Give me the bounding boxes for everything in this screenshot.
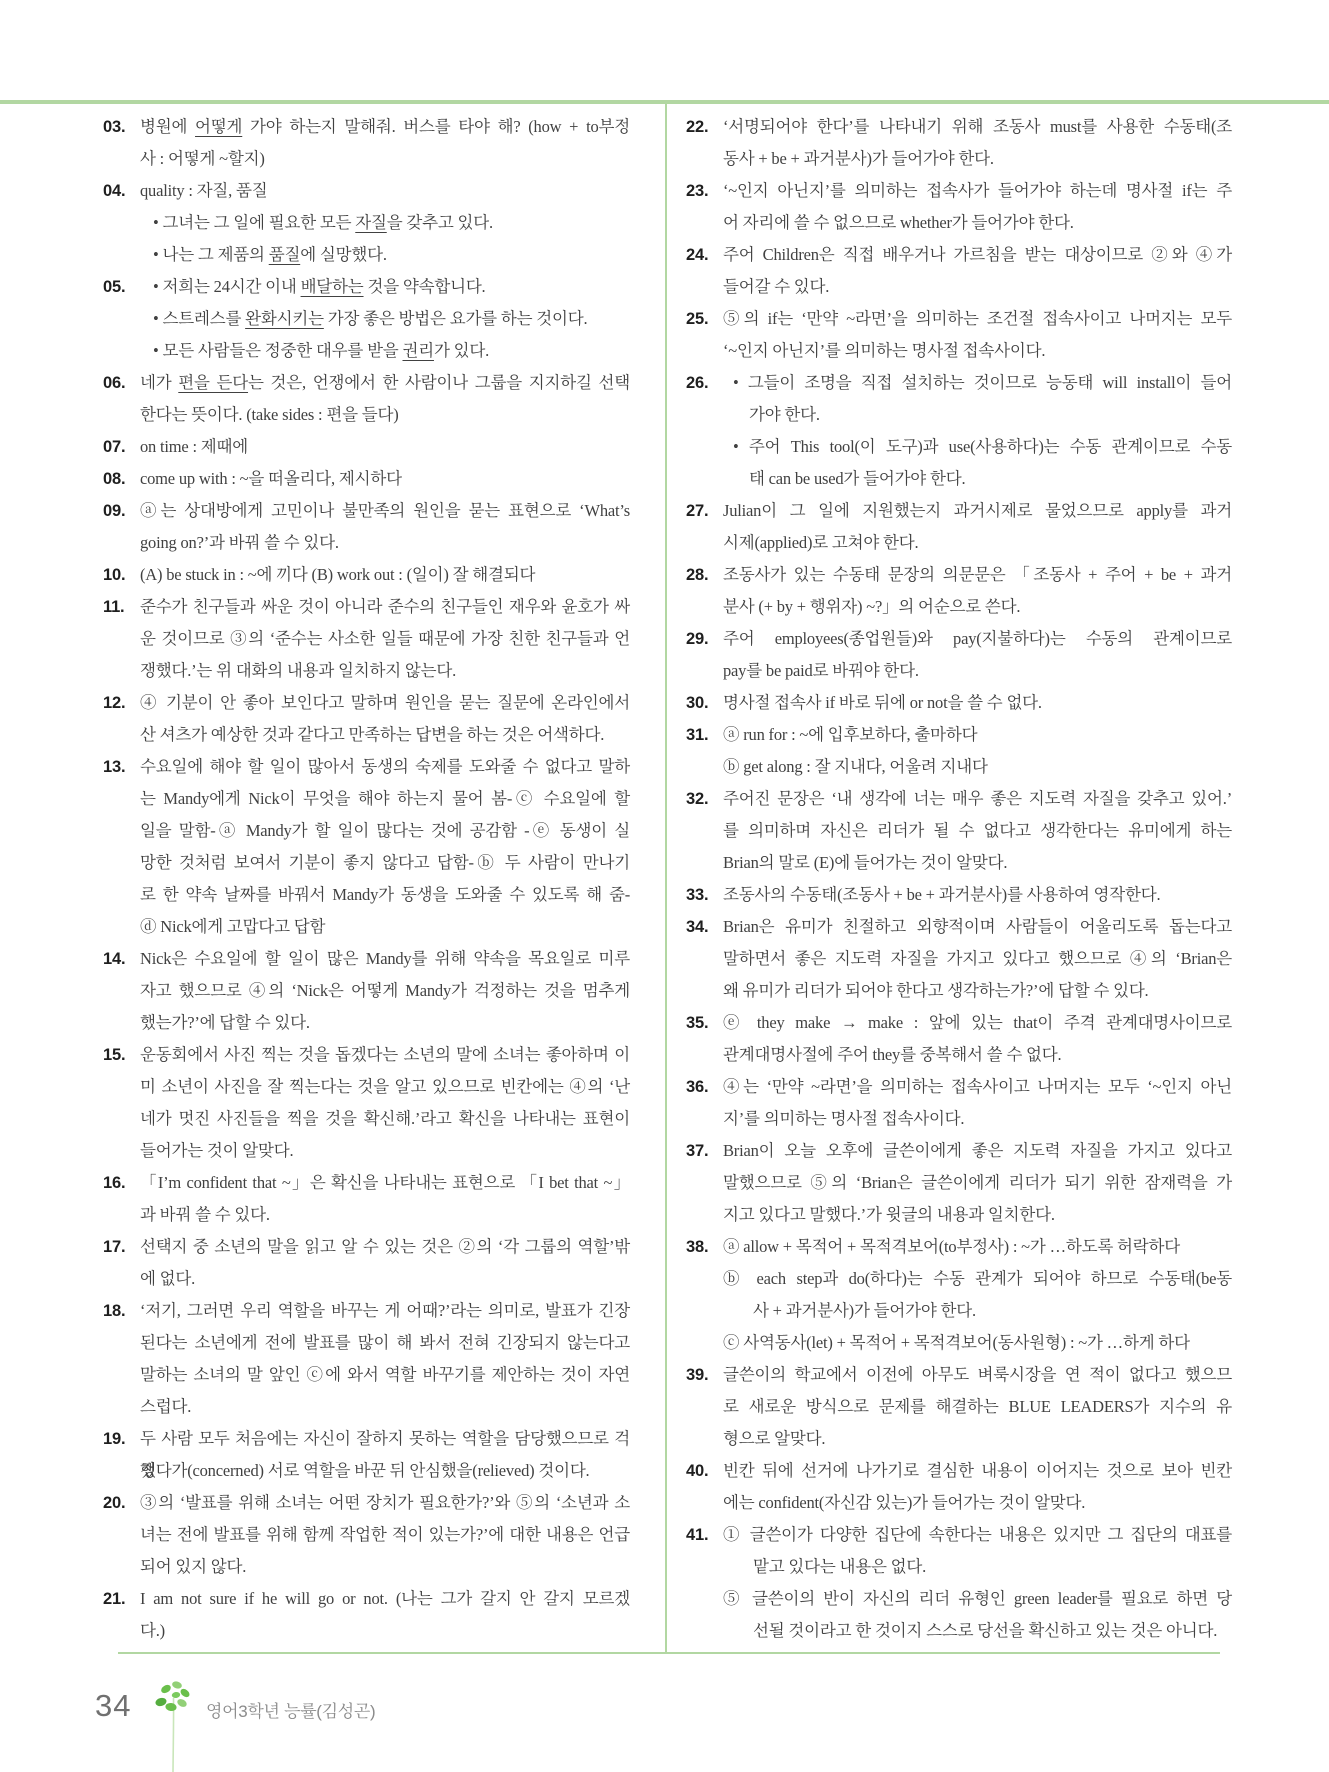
explanation-line: 주어 employees(종업원들)와 pay(지불하다)는 수동의 관계이므로 xyxy=(723,623,1232,655)
answer-item: 36.④는 ‘만약 ~라면’을 의미하는 접속사이고 나머지는 모두 ‘~인지 … xyxy=(686,1071,1232,1135)
explanation-line: 왜 유미가 리더가 되어야 한다고 생각하는가?’에 답할 수 있다. xyxy=(723,975,1232,1007)
explanation-line: 미 소년이 사진을 잘 찍는다는 것을 알고 있으므로 빈칸에는 ④의 ‘난 xyxy=(140,1071,630,1103)
explanation-line: • 스트레스를 완화시키는 가장 좋은 방법은 요가를 하는 것이다. xyxy=(140,303,630,335)
item-number: 40. xyxy=(686,1455,708,1487)
explanation-line: 망한 것처럼 보여서 기분이 좋지 않다고 답함-ⓑ 두 사람이 만나기 xyxy=(140,847,630,879)
answer-item: 27.Julian이 그 일에 지원했는지 과거시제로 물었으므로 apply를… xyxy=(686,495,1232,559)
explanation-line: 선택지 중 소년의 말을 읽고 알 수 있는 것은 ②의 ‘각 그룹의 역할’밖 xyxy=(140,1231,630,1263)
answer-item: 24.주어 Children은 직접 배우거나 가르침을 받는 대상이므로 ②와… xyxy=(686,239,1232,303)
explanation-line: 「I’m confident that ~」은 확신을 나타내는 표현으로 「I… xyxy=(140,1167,630,1199)
item-number: 18. xyxy=(103,1295,125,1327)
explanation-line: ⓑ each step과 do(하다)는 수동 관계가 되어야 하므로 수동태(… xyxy=(723,1263,1232,1295)
explanation-line: 를 의미하며 자신은 리더가 될 수 없다고 생각한다는 유미에게 하는 xyxy=(723,815,1232,847)
page-number: 34 xyxy=(95,1688,131,1724)
explanation-line: 태 can be used가 들어가야 한다. xyxy=(723,463,1232,495)
explanation-line: 말했으므로 ⑤의 ‘Brian은 글쓴이에게 리더가 되기 위한 잠재력을 가 xyxy=(723,1167,1232,1199)
explanation-line: Brian은 유미가 친절하고 외향적이며 사람들이 어울리도록 돕는다고 xyxy=(723,911,1232,943)
explanation-line: come up with : ~을 떠올리다, 제시하다 xyxy=(140,463,630,495)
explanation-line: ③의 ‘발표를 위해 소녀는 어떤 장치가 필요한가?’와 ⑤의 ‘소년과 소 xyxy=(140,1487,630,1519)
answer-item: 37.Brian이 오늘 오후에 글쓴이에게 좋은 지도력 자질을 가지고 있다… xyxy=(686,1135,1232,1231)
answer-item: 26.• 그들이 조명을 직접 설치하는 것이므로 능동태 will insta… xyxy=(686,367,1232,495)
explanation-line: ① 글쓴이가 다양한 집단에 속한다는 내용은 있지만 그 집단의 대표를 xyxy=(723,1519,1232,1551)
answer-item: 14.Nick은 수요일에 할 일이 많은 Mandy를 위해 약속을 목요일로… xyxy=(103,943,630,1039)
explanation-line: 맡고 있다는 내용은 없다. xyxy=(723,1551,1232,1583)
item-number: 14. xyxy=(103,943,125,975)
explanation-line: 선될 것이라고 한 것이지 스스로 당선을 확신하고 있는 것은 아니다. xyxy=(723,1615,1232,1647)
explanation-line: 운 것이므로 ③의 ‘준수는 사소한 일들 때문에 가장 친한 친구들과 언 xyxy=(140,623,630,655)
explanation-line: on time : 제때에 xyxy=(140,431,630,463)
explanation-line: Brian의 말로 (E)에 들어가는 것이 알맞다. xyxy=(723,847,1232,879)
explanation-line: • 저희는 24시간 이내 배달하는 것을 약속합니다. xyxy=(140,271,630,303)
answer-item: 21.I am not sure if he will go or not. (… xyxy=(103,1583,630,1647)
explanation-line: 자고 했으므로 ④의 ‘Nick은 어떻게 Mandy가 걱정하는 것을 멈추게 xyxy=(140,975,630,1007)
explanation-line: • 나는 그 제품의 품질에 실망했다. xyxy=(140,239,630,271)
answer-column-right: 22.‘서명되어야 한다’를 나타내기 위해 조동사 must를 사용한 수동태… xyxy=(686,111,1232,1647)
item-number: 23. xyxy=(686,175,708,207)
item-number: 30. xyxy=(686,687,708,719)
answer-item: 17.선택지 중 소년의 말을 읽고 알 수 있는 것은 ②의 ‘각 그룹의 역… xyxy=(103,1231,630,1295)
answer-item: 30.명사절 접속사 if 바로 뒤에 or not을 쓸 수 없다. xyxy=(686,687,1232,719)
item-number: 15. xyxy=(103,1039,125,1071)
item-number: 31. xyxy=(686,719,708,751)
answer-item: 23.‘~인지 아닌지’를 의미하는 접속사가 들어가야 하는데 명사절 if는… xyxy=(686,175,1232,239)
answer-item: 22.‘서명되어야 한다’를 나타내기 위해 조동사 must를 사용한 수동태… xyxy=(686,111,1232,175)
plant-sprout-icon xyxy=(152,1680,196,1772)
explanation-line: 에 없다. xyxy=(140,1263,630,1295)
bottom-accent-rule xyxy=(118,1652,1220,1654)
item-number: 38. xyxy=(686,1231,708,1263)
explanation-line: ‘~인지 아닌지’를 의미하는 명사절 접속사이다. xyxy=(723,335,1232,367)
answer-item: 32.주어진 문장은 ‘내 생각에 너는 매우 좋은 지도력 자질을 갖추고 있… xyxy=(686,783,1232,879)
item-number: 21. xyxy=(103,1583,125,1615)
item-number: 29. xyxy=(686,623,708,655)
item-number: 20. xyxy=(103,1487,125,1519)
explanation-line: pay를 be paid로 바꿔야 한다. xyxy=(723,655,1232,687)
item-number: 17. xyxy=(103,1231,125,1263)
explanation-line: ⓐ run for : ~에 입후보하다, 출마하다 xyxy=(723,719,1232,751)
item-number: 03. xyxy=(103,111,125,143)
explanation-line: 조동사가 있는 수동태 문장의 의문문은 「조동사 + 주어 + be + 과거 xyxy=(723,559,1232,591)
explanation-line: 산 셔츠가 예상한 것과 같다고 만족하는 답변을 하는 것은 어색하다. xyxy=(140,719,630,751)
explanation-line: ⑤의 if는 ‘만약 ~라면’을 의미하는 조건절 접속사이고 나머지는 모두 xyxy=(723,303,1232,335)
item-number: 07. xyxy=(103,431,125,463)
explanation-line: quality : 자질, 품질 xyxy=(140,175,630,207)
answer-item: 41.① 글쓴이가 다양한 집단에 속한다는 내용은 있지만 그 집단의 대표를… xyxy=(686,1519,1232,1647)
item-number: 37. xyxy=(686,1135,708,1167)
answer-item: 03.병원에 어떻게 가야 하는지 말해줘. 버스를 타야 해? (how + … xyxy=(103,111,630,175)
answer-item: 28.조동사가 있는 수동태 문장의 의문문은 「조동사 + 주어 + be +… xyxy=(686,559,1232,623)
explanation-line: • 주어 This tool(이 도구)과 use(사용하다)는 수동 관계이므… xyxy=(723,431,1232,463)
item-number: 36. xyxy=(686,1071,708,1103)
answer-item: 40.빈칸 뒤에 선거에 나가기로 결심한 내용이 이어지는 것으로 보아 빈칸… xyxy=(686,1455,1232,1519)
item-number: 19. xyxy=(103,1423,125,1455)
explanation-line: 들어가는 것이 알맞다. xyxy=(140,1135,630,1167)
explanation-line: ④ 기분이 안 좋아 보인다고 말하며 원인을 묻는 질문에 온라인에서 xyxy=(140,687,630,719)
explanation-line: ‘~인지 아닌지’를 의미하는 접속사가 들어가야 하는데 명사절 if는 주 xyxy=(723,175,1232,207)
item-number: 25. xyxy=(686,303,708,335)
item-number: 24. xyxy=(686,239,708,271)
explanation-line: 수요일에 해야 할 일이 많아서 동생의 숙제를 도와줄 수 없다고 말하 xyxy=(140,751,630,783)
explanation-line: going on?’과 바꿔 쓸 수 있다. xyxy=(140,527,630,559)
explanation-line: 쟁했다.’는 위 대화의 내용과 일치하지 않는다. xyxy=(140,655,630,687)
answer-item: 12.④ 기분이 안 좋아 보인다고 말하며 원인을 묻는 질문에 온라인에서산… xyxy=(103,687,630,751)
book-title-label: 영어3학년 능률(김성곤) xyxy=(206,1697,375,1722)
explanation-line: 시제(applied)로 고쳐야 한다. xyxy=(723,527,1232,559)
explanation-line: ⑤ 글쓴이의 반이 자신의 리더 유형인 green leader를 필요로 하… xyxy=(723,1583,1232,1615)
explanation-line: 준수가 친구들과 싸운 것이 아니라 준수의 친구들인 재우와 윤호가 싸 xyxy=(140,591,630,623)
explanation-line: 형으로 알맞다. xyxy=(723,1423,1232,1455)
answer-item: 34.Brian은 유미가 친절하고 외향적이며 사람들이 어울리도록 돕는다고… xyxy=(686,911,1232,1007)
explanation-line: 글쓴이의 학교에서 이전에 아무도 벼룩시장을 연 적이 없다고 했으므 xyxy=(723,1359,1232,1391)
item-number: 09. xyxy=(103,495,125,527)
page-footer: 34 영어3학년 능률(김성곤) xyxy=(0,1680,1329,1772)
explanation-line: 된다는 소년에게 전에 발표를 많이 해 봐서 전혀 긴장되지 않는다고 xyxy=(140,1327,630,1359)
explanation-line: 어 자리에 쓸 수 없으므로 whether가 들어가야 한다. xyxy=(723,207,1232,239)
item-number: 41. xyxy=(686,1519,708,1551)
explanation-line: ⓐ는 상대방에게 고민이나 불만족의 원인을 묻는 표현으로 ‘What’s xyxy=(140,495,630,527)
answer-item: 09.ⓐ는 상대방에게 고민이나 불만족의 원인을 묻는 표현으로 ‘What’… xyxy=(103,495,630,559)
explanation-line: • 그들이 조명을 직접 설치하는 것이므로 능동태 will install이… xyxy=(723,367,1232,399)
item-number: 10. xyxy=(103,559,125,591)
answer-item: 25.⑤의 if는 ‘만약 ~라면’을 의미하는 조건절 접속사이고 나머지는 … xyxy=(686,303,1232,367)
explanation-line: 지’를 의미하는 명사절 접속사이다. xyxy=(723,1103,1232,1135)
item-number: 39. xyxy=(686,1359,708,1391)
explanation-line: 다.) xyxy=(140,1615,630,1647)
explanation-line: 로 새로운 방식으로 문제를 해결하는 BLUE LEADERS가 지수의 유 xyxy=(723,1391,1232,1423)
explanation-line: 에는 confident(자신감 있는)가 들어가는 것이 알맞다. xyxy=(723,1487,1232,1519)
explanation-line: 명사절 접속사 if 바로 뒤에 or not을 쓸 수 없다. xyxy=(723,687,1232,719)
answer-item: 33.조동사의 수동태(조동사 + be + 과거분사)를 사용하여 영작한다. xyxy=(686,879,1232,911)
answer-item: 20.③의 ‘발표를 위해 소녀는 어떤 장치가 필요한가?’와 ⑤의 ‘소년과… xyxy=(103,1487,630,1583)
item-number: 04. xyxy=(103,175,125,207)
item-number: 13. xyxy=(103,751,125,783)
explanation-line: Julian이 그 일에 지원했는지 과거시제로 물었으므로 apply를 과거 xyxy=(723,495,1232,527)
explanation-line: Nick은 수요일에 할 일이 많은 Mandy를 위해 약속을 목요일로 미루 xyxy=(140,943,630,975)
answer-item: 38.ⓐ allow + 목적어 + 목적격보어(to부정사) : ~가 …하도… xyxy=(686,1231,1232,1359)
answer-item: 39.글쓴이의 학교에서 이전에 아무도 벼룩시장을 연 적이 없다고 했으므로… xyxy=(686,1359,1232,1455)
explanation-line: ⓐ allow + 목적어 + 목적격보어(to부정사) : ~가 …하도록 허… xyxy=(723,1231,1232,1263)
answer-item: 04.quality : 자질, 품질• 그녀는 그 일에 필요한 모든 자질을… xyxy=(103,175,630,271)
answer-item: 16.「I’m confident that ~」은 확신을 나타내는 표현으로… xyxy=(103,1167,630,1231)
explanation-line: 했다가(concerned) 서로 역할을 바꾼 뒤 안심했을(relieved… xyxy=(140,1455,630,1487)
explanation-line: 두 사람 모두 처음에는 자신이 잘하지 못하는 역할을 담당했으므로 걱정 xyxy=(140,1423,630,1455)
explanation-line: Brian이 오늘 오후에 글쓴이에게 좋은 지도력 자질을 가지고 있다고 xyxy=(723,1135,1232,1167)
explanation-line: 한다는 뜻이다. (take sides : 편을 들다) xyxy=(140,399,630,431)
item-number: 16. xyxy=(103,1167,125,1199)
item-number: 26. xyxy=(686,367,708,399)
explanation-line: 네가 편을 든다는 것은, 언쟁에서 한 사람이나 그룹을 지지하길 선택 xyxy=(140,367,630,399)
answer-item: 08.come up with : ~을 떠올리다, 제시하다 xyxy=(103,463,630,495)
explanation-line: ⓓ Nick에게 고맙다고 답함 xyxy=(140,911,630,943)
explanation-line: 가야 한다. xyxy=(723,399,1232,431)
item-number: 06. xyxy=(103,367,125,399)
explanation-line: 주어진 문장은 ‘내 생각에 너는 매우 좋은 지도력 자질을 갖추고 있어.’ xyxy=(723,783,1232,815)
explanation-line: 말하는 소녀의 말 앞인 ⓒ에 와서 역할 바꾸기를 제안하는 것이 자연 xyxy=(140,1359,630,1391)
answer-item: 07.on time : 제때에 xyxy=(103,431,630,463)
answer-item: 10.(A) be stuck in : ~에 끼다 (B) work out … xyxy=(103,559,630,591)
item-number: 33. xyxy=(686,879,708,911)
explanation-line: 말하면서 좋은 지도력 자질을 가지고 있다고 했으므로 ④의 ‘Brian은 xyxy=(723,943,1232,975)
explanation-line: 동사 + be + 과거분사)가 들어가야 한다. xyxy=(723,143,1232,175)
explanation-line: ‘서명되어야 한다’를 나타내기 위해 조동사 must를 사용한 수동태(조 xyxy=(723,111,1232,143)
explanation-line: 지고 있다고 말했다.’가 윗글의 내용과 일치한다. xyxy=(723,1199,1232,1231)
explanation-line: • 그녀는 그 일에 필요한 모든 자질을 갖추고 있다. xyxy=(140,207,630,239)
explanation-line: ④는 ‘만약 ~라면’을 의미하는 접속사이고 나머지는 모두 ‘~인지 아닌 xyxy=(723,1071,1232,1103)
answer-item: 31.ⓐ run for : ~에 입후보하다, 출마하다ⓑ get along… xyxy=(686,719,1232,783)
explanation-line: 분사 (+ by + 행위자) ~?」의 어순으로 쓴다. xyxy=(723,591,1232,623)
answer-item: 11.준수가 친구들과 싸운 것이 아니라 준수의 친구들인 재우와 윤호가 싸… xyxy=(103,591,630,687)
explanation-line: 조동사의 수동태(조동사 + be + 과거분사)를 사용하여 영작한다. xyxy=(723,879,1232,911)
answer-item: 18.‘저기, 그러면 우리 역할을 바꾸는 게 어때?’라는 의미로, 발표가… xyxy=(103,1295,630,1423)
column-divider xyxy=(665,104,667,1653)
item-number: 27. xyxy=(686,495,708,527)
explanation-line: 녀는 전에 발표를 위해 함께 작업한 적이 있는가?’에 대한 내용은 언급 xyxy=(140,1519,630,1551)
answer-item: 13.수요일에 해야 할 일이 많아서 동생의 숙제를 도와줄 수 없다고 말하… xyxy=(103,751,630,943)
explanation-line: 되어 있지 않다. xyxy=(140,1551,630,1583)
explanation-line: 일을 말함-ⓐ Mandy가 할 일이 많다는 것에 공감함 -ⓔ 동생이 실 xyxy=(140,815,630,847)
item-number: 12. xyxy=(103,687,125,719)
explanation-line: 는 Mandy에게 Nick이 무엇을 해야 하는지 물어 봄-ⓒ 수요일에 할 xyxy=(140,783,630,815)
explanation-line: 병원에 어떻게 가야 하는지 말해줘. 버스를 타야 해? (how + to부… xyxy=(140,111,630,143)
explanation-line: 운동회에서 사진 찍는 것을 돕겠다는 소년의 말에 소녀는 좋아하며 이 xyxy=(140,1039,630,1071)
item-number: 22. xyxy=(686,111,708,143)
explanation-line: 로 한 약속 날짜를 바꿔서 Mandy가 동생을 도와줄 수 있도록 해 줌- xyxy=(140,879,630,911)
explanation-line: ⓒ 사역동사(let) + 목적어 + 목적격보어(동사원형) : ~가 …하게… xyxy=(723,1327,1232,1359)
answer-item: 35.ⓔ they make → make : 앞에 있는 that이 주격 관… xyxy=(686,1007,1232,1071)
explanation-line: I am not sure if he will go or not. (나는 … xyxy=(140,1583,630,1615)
item-number: 32. xyxy=(686,783,708,815)
item-number: 34. xyxy=(686,911,708,943)
explanation-line: 사 + 과거분사)가 들어가야 한다. xyxy=(723,1295,1232,1327)
item-number: 11. xyxy=(103,591,124,623)
explanation-line: 관계대명사절에 주어 they를 중복해서 쓸 수 없다. xyxy=(723,1039,1232,1071)
explanation-line: ⓑ get along : 잘 지내다, 어울려 지내다 xyxy=(723,751,1232,783)
explanation-line: ‘저기, 그러면 우리 역할을 바꾸는 게 어때?’라는 의미로, 발표가 긴장 xyxy=(140,1295,630,1327)
item-number: 35. xyxy=(686,1007,708,1039)
answer-item: 05.• 저희는 24시간 이내 배달하는 것을 약속합니다.• 스트레스를 완… xyxy=(103,271,630,367)
explanation-line: 네가 멋진 사진들을 찍을 것을 확신해.’라고 확신을 나타내는 표현이 xyxy=(140,1103,630,1135)
item-number: 28. xyxy=(686,559,708,591)
explanation-line: • 모든 사람들은 정중한 대우를 받을 권리가 있다. xyxy=(140,335,630,367)
explanation-line: (A) be stuck in : ~에 끼다 (B) work out : (… xyxy=(140,559,630,591)
explanation-line: 들어갈 수 있다. xyxy=(723,271,1232,303)
answer-item: 29.주어 employees(종업원들)와 pay(지불하다)는 수동의 관계… xyxy=(686,623,1232,687)
explanation-line: 사 : 어떻게 ~할지) xyxy=(140,143,630,175)
explanation-line: 했는가?’에 답할 수 있다. xyxy=(140,1007,630,1039)
explanation-line: 과 바꿔 쓸 수 있다. xyxy=(140,1199,630,1231)
answer-item: 19.두 사람 모두 처음에는 자신이 잘하지 못하는 역할을 담당했으므로 걱… xyxy=(103,1423,630,1487)
answer-column-left: 03.병원에 어떻게 가야 하는지 말해줘. 버스를 타야 해? (how + … xyxy=(103,111,630,1647)
explanation-line: 빈칸 뒤에 선거에 나가기로 결심한 내용이 이어지는 것으로 보아 빈칸 xyxy=(723,1455,1232,1487)
explanation-line: 스럽다. xyxy=(140,1391,630,1423)
item-number: 08. xyxy=(103,463,125,495)
explanation-line: 주어 Children은 직접 배우거나 가르침을 받는 대상이므로 ②와 ④가 xyxy=(723,239,1232,271)
item-number: 05. xyxy=(103,271,125,303)
answer-item: 06.네가 편을 든다는 것은, 언쟁에서 한 사람이나 그룹을 지지하길 선택… xyxy=(103,367,630,431)
answer-item: 15.운동회에서 사진 찍는 것을 돕겠다는 소년의 말에 소녀는 좋아하며 이… xyxy=(103,1039,630,1167)
explanation-line: ⓔ they make → make : 앞에 있는 that이 주격 관계대명… xyxy=(723,1007,1232,1039)
